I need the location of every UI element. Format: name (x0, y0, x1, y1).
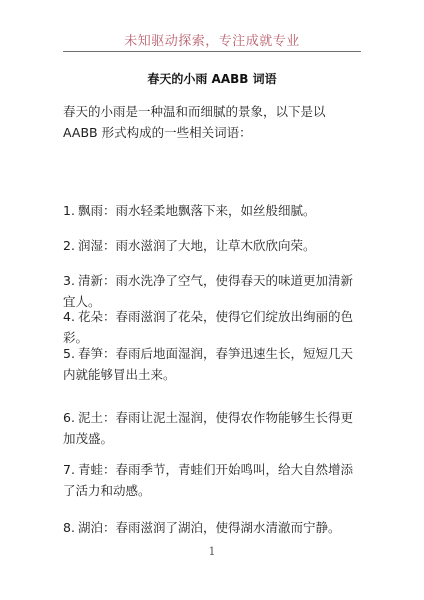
item-term: 青蛙 (78, 462, 103, 477)
list-item: 2.润湿：雨水滋润了大地，让草木欣欣向荣。 (63, 235, 363, 256)
list-item: 4.花朵：春雨滋润了花朵，使得它们绽放出绚丽的色彩。 (63, 306, 363, 348)
item-term: 清新 (78, 273, 103, 288)
item-separator: ： (103, 238, 116, 253)
item-separator: ： (103, 203, 116, 218)
item-number: 1. (63, 203, 75, 218)
item-description: 春雨滋润了湖泊，使得湖水清澈而宁静。 (115, 520, 340, 535)
item-description: 雨水滋润了大地，让草木欣欣向荣。 (115, 238, 315, 253)
list-item: 1.飘雨：雨水轻柔地飘落下来，如丝般细腻。 (63, 200, 363, 221)
item-term: 润湿 (78, 238, 103, 253)
item-number: 3. (63, 273, 75, 288)
item-number: 2. (63, 238, 75, 253)
item-number: 8. (63, 520, 75, 535)
item-number: 7. (63, 462, 75, 477)
list-item: 5.春笋：春雨后地面湿润，春笋迅速生长，短短几天内就能够冒出土来。 (63, 343, 363, 385)
document-page: 未知驱动探索，专注成就专业 春天的小雨 AABB 词语 春天的小雨是一种温和而细… (0, 0, 424, 600)
item-number: 4. (63, 309, 75, 324)
item-separator: ： (103, 273, 116, 288)
list-item: 8.湖泊：春雨滋润了湖泊，使得湖水清澈而宁静。 (63, 517, 363, 538)
item-term: 花朵 (78, 309, 103, 324)
item-separator: ： (103, 346, 116, 361)
header-divider (63, 51, 361, 52)
item-separator: ： (103, 309, 116, 324)
list-item: 7.青蛙：春雨季节，青蛙们开始鸣叫，给大自然增添了活力和动感。 (63, 459, 363, 501)
item-number: 5. (63, 346, 75, 361)
item-term: 湖泊 (78, 520, 103, 535)
list-item: 6.泥土：春雨让泥土湿润，使得农作物能够生长得更加茂盛。 (63, 407, 363, 449)
item-term: 春笋 (78, 346, 103, 361)
page-number: 1 (0, 545, 424, 558)
item-separator: ： (103, 462, 116, 477)
item-term: 飘雨 (78, 203, 103, 218)
item-term: 泥土 (78, 410, 103, 425)
document-title: 春天的小雨 AABB 词语 (63, 71, 361, 87)
item-number: 6. (63, 410, 75, 425)
intro-paragraph: 春天的小雨是一种温和而细腻的景象，以下是以 AABB 形式构成的一些相关词语： (63, 102, 363, 143)
item-separator: ： (103, 520, 116, 535)
item-description: 雨水轻柔地飘落下来，如丝般细腻。 (115, 203, 315, 218)
header-slogan: 未知驱动探索，专注成就专业 (63, 34, 361, 50)
item-separator: ： (103, 410, 116, 425)
